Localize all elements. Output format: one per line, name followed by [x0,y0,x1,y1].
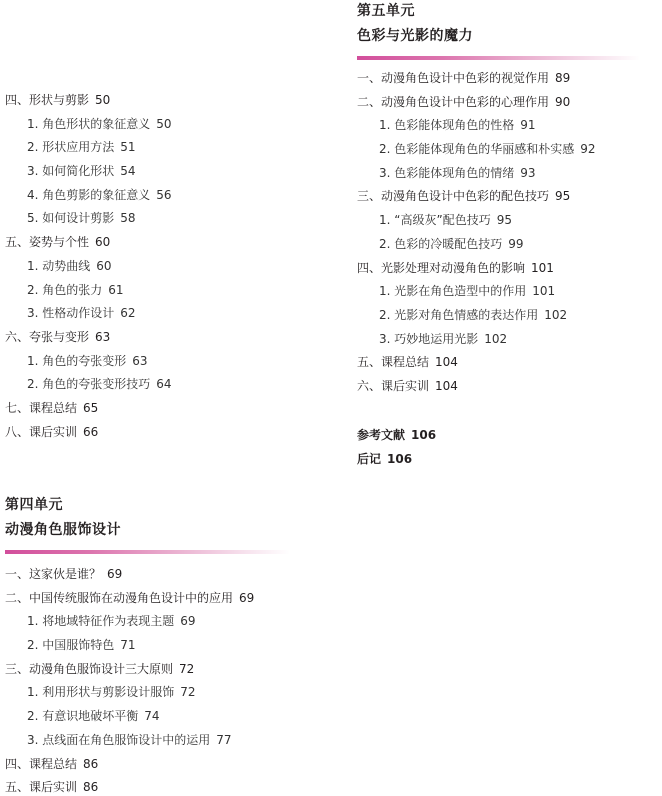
toc-page-number: 65 [83,401,98,415]
toc-entry-title: 五、课后实训 [5,780,77,794]
toc-page-number: 60 [95,235,110,249]
toc-page-number: 99 [508,237,523,251]
toc-page-number: 77 [216,733,231,747]
toc-section-entry[interactable]: 二、动漫角色设计中色彩的心理作用90 [357,91,596,115]
toc-page-number: 61 [108,283,123,297]
toc-subsection-entry[interactable]: 1. “高级灰”配色技巧95 [357,209,596,233]
toc-entry-title: 3. 点线面在角色服饰设计中的运用 [27,733,210,747]
toc-subsection-entry[interactable]: 2. 角色的张力61 [5,279,172,303]
toc-section-entry[interactable]: 五、课后实训86 [5,776,254,796]
toc-entry-title: 1. 将地域特征作为表现主题 [27,614,174,628]
toc-entry-title: 六、夸张与变形 [5,330,89,344]
toc-subsection-entry[interactable]: 1. 角色形状的象征意义50 [5,113,172,137]
toc-section-entry[interactable]: 六、课后实训104 [357,375,596,399]
toc-subsection-entry[interactable]: 2. 有意识地破坏平衡74 [5,705,254,729]
toc-page-number: 64 [156,377,171,391]
toc-page-number: 60 [96,259,111,273]
toc-section-entry[interactable]: 六、夸张与变形63 [5,326,172,350]
toc-subsection-entry[interactable]: 2. 光影对角色情感的表达作用102 [357,304,596,328]
toc-page-number: 95 [555,189,570,203]
toc-page-number: 89 [555,71,570,85]
toc-page-number: 62 [120,306,135,320]
toc-entry-title: 七、课程总结 [5,401,77,415]
toc-entry-title: 1. 色彩能体现角色的性格 [379,118,514,132]
toc-section-entry[interactable]: 四、光影处理对动漫角色的影响101 [357,257,596,281]
toc-subsection-entry[interactable]: 3. 巧妙地运用光影102 [357,328,596,352]
toc-page-number: 54 [120,164,135,178]
back-matter-entry[interactable]: 后记106 [357,447,436,471]
toc-page-number: 86 [83,757,98,771]
toc-subsection-entry[interactable]: 1. 利用形状与剪影设计服饰72 [5,681,254,705]
toc-page-number: 71 [120,638,135,652]
toc-page-number: 69 [180,614,195,628]
unit4-label: 第四单元 [5,496,290,514]
toc-entry-title: 1. 利用形状与剪影设计服饰 [27,685,174,699]
toc-section-entry[interactable]: 八、课后实训66 [5,421,172,445]
toc-entry-title: 四、课程总结 [5,757,77,771]
toc-subsection-entry[interactable]: 3. 点线面在角色服饰设计中的运用77 [5,729,254,753]
toc-section-entry[interactable]: 四、课程总结86 [5,753,254,777]
toc-section-entry[interactable]: 一、动漫角色设计中色彩的视觉作用89 [357,67,596,91]
toc-entry-title: 1. 光影在角色造型中的作用 [379,284,526,298]
toc-entry-title: 2. 形状应用方法 [27,140,114,154]
toc-entry-title: 2. 角色的张力 [27,283,102,297]
unit5-divider [357,56,640,60]
toc-page-number: 72 [180,685,195,699]
toc-subsection-entry[interactable]: 1. 将地域特征作为表现主题69 [5,610,254,634]
toc-section-entry[interactable]: 四、形状与剪影50 [5,89,172,113]
toc-entry-title: 3. 性格动作设计 [27,306,114,320]
toc-subsection-entry[interactable]: 2. 色彩的冷暖配色技巧99 [357,233,596,257]
toc-entry-title: 二、动漫角色设计中色彩的心理作用 [357,95,549,109]
toc-entry-title: 八、课后实训 [5,425,77,439]
toc-list-unit5: 一、动漫角色设计中色彩的视觉作用89二、动漫角色设计中色彩的心理作用901. 色… [357,67,596,399]
back-matter-entry[interactable]: 参考文献106 [357,423,436,447]
toc-entry-title: 四、形状与剪影 [5,93,89,107]
toc-subsection-entry[interactable]: 4. 角色剪影的象征意义56 [5,184,172,208]
toc-entry-title: 一、这家伙是谁？ [5,567,101,581]
toc-page-number: 50 [95,93,110,107]
toc-page-number: 102 [484,332,507,346]
toc-entry-title: 后记 [357,452,381,466]
toc-entry-title: 2. 有意识地破坏平衡 [27,709,138,723]
toc-subsection-entry[interactable]: 2. 形状应用方法51 [5,136,172,160]
toc-subsection-entry[interactable]: 1. 色彩能体现角色的性格91 [357,114,596,138]
toc-list-back-matter: 参考文献106后记106 [357,423,436,471]
toc-page-number: 63 [132,354,147,368]
toc-page-number: 86 [83,780,98,794]
toc-entry-title: 二、中国传统服饰在动漫角色设计中的应用 [5,591,233,605]
toc-entry-title: 五、课程总结 [357,355,429,369]
toc-page-number: 51 [120,140,135,154]
toc-page-number: 102 [544,308,567,322]
toc-section-entry[interactable]: 一、这家伙是谁？69 [5,563,254,587]
toc-entry-title: 1. “高级灰”配色技巧 [379,213,491,227]
toc-page-number: 90 [555,95,570,109]
unit5-title: 色彩与光影的魔力 [357,27,640,45]
toc-page-number: 101 [532,284,555,298]
toc-page-number: 93 [520,166,535,180]
toc-page-number: 95 [497,213,512,227]
toc-entry-title: 五、姿势与个性 [5,235,89,249]
toc-entry-title: 3. 色彩能体现角色的情绪 [379,166,514,180]
toc-subsection-entry[interactable]: 5. 如何设计剪影58 [5,207,172,231]
toc-page-number: 106 [411,428,436,442]
toc-page-number: 69 [107,567,122,581]
toc-subsection-entry[interactable]: 2. 角色的夸张变形技巧64 [5,373,172,397]
toc-page-number: 69 [239,591,254,605]
toc-page-number: 58 [120,211,135,225]
toc-section-entry[interactable]: 七、课程总结65 [5,397,172,421]
toc-entry-title: 2. 中国服饰特色 [27,638,114,652]
toc-page-number: 104 [435,379,458,393]
toc-subsection-entry[interactable]: 3. 性格动作设计62 [5,302,172,326]
toc-subsection-entry[interactable]: 1. 动势曲线60 [5,255,172,279]
toc-subsection-entry[interactable]: 3. 如何简化形状54 [5,160,172,184]
toc-page-number: 101 [531,261,554,275]
toc-section-entry[interactable]: 三、动漫角色设计中色彩的配色技巧95 [357,185,596,209]
toc-page-number: 91 [520,118,535,132]
toc-entry-title: 四、光影处理对动漫角色的影响 [357,261,525,275]
toc-entry-title: 2. 光影对角色情感的表达作用 [379,308,538,322]
toc-subsection-entry[interactable]: 1. 角色的夸张变形63 [5,350,172,374]
unit4-title: 动漫角色服饰设计 [5,521,290,539]
toc-entry-title: 4. 角色剪影的象征意义 [27,188,150,202]
toc-entry-title: 1. 动势曲线 [27,259,90,273]
toc-subsection-entry[interactable]: 1. 光影在角色造型中的作用101 [357,280,596,304]
toc-entry-title: 1. 角色的夸张变形 [27,354,126,368]
toc-page-number: 56 [156,188,171,202]
toc-section-entry[interactable]: 三、动漫角色服饰设计三大原则72 [5,658,254,682]
toc-page-number: 104 [435,355,458,369]
toc-page-number: 72 [179,662,194,676]
toc-list-unit3-continued: 四、形状与剪影501. 角色形状的象征意义502. 形状应用方法513. 如何简… [5,89,172,444]
toc-entry-title: 2. 色彩能体现角色的华丽感和朴实感 [379,142,574,156]
unit4-header: 第四单元 动漫角色服饰设计 [5,496,290,554]
toc-section-entry[interactable]: 二、中国传统服饰在动漫角色设计中的应用69 [5,587,254,611]
toc-entry-title: 六、课后实训 [357,379,429,393]
toc-entry-title: 参考文献 [357,428,405,442]
toc-page-number: 63 [95,330,110,344]
toc-entry-title: 三、动漫角色服饰设计三大原则 [5,662,173,676]
toc-entry-title: 一、动漫角色设计中色彩的视觉作用 [357,71,549,85]
unit4-divider [5,550,290,554]
toc-entry-title: 2. 角色的夸张变形技巧 [27,377,150,391]
toc-subsection-entry[interactable]: 2. 色彩能体现角色的华丽感和朴实感92 [357,138,596,162]
toc-entry-title: 3. 巧妙地运用光影 [379,332,478,346]
toc-section-entry[interactable]: 五、姿势与个性60 [5,231,172,255]
toc-page-number: 66 [83,425,98,439]
toc-entry-title: 1. 角色形状的象征意义 [27,117,150,131]
toc-page-number: 50 [156,117,171,131]
toc-page-number: 74 [144,709,159,723]
toc-entry-title: 三、动漫角色设计中色彩的配色技巧 [357,189,549,203]
toc-entry-title: 5. 如何设计剪影 [27,211,114,225]
toc-page-number: 106 [387,452,412,466]
unit5-label: 第五单元 [357,2,640,20]
unit5-header: 第五单元 色彩与光影的魔力 [357,2,640,60]
toc-list-unit4: 一、这家伙是谁？69二、中国传统服饰在动漫角色设计中的应用691. 将地域特征作… [5,563,254,796]
toc-entry-title: 3. 如何简化形状 [27,164,114,178]
toc-entry-title: 2. 色彩的冷暖配色技巧 [379,237,502,251]
toc-page-number: 92 [580,142,595,156]
toc-section-entry[interactable]: 五、课程总结104 [357,351,596,375]
toc-subsection-entry[interactable]: 3. 色彩能体现角色的情绪93 [357,162,596,186]
toc-subsection-entry[interactable]: 2. 中国服饰特色71 [5,634,254,658]
